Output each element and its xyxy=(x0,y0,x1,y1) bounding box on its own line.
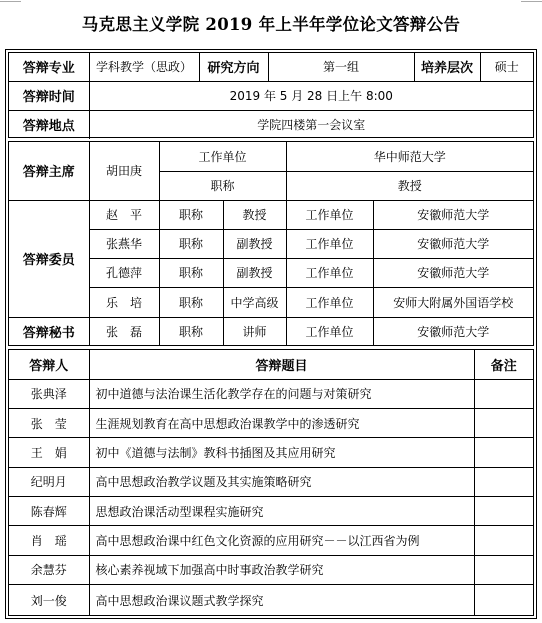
secretary-title-label: 职称 xyxy=(159,317,223,346)
candidate-name: 陈春辉 xyxy=(9,497,89,526)
defense-row: 张 莹 生涯规划教育在高中思想政治课教学中的渗透研究 xyxy=(9,409,533,438)
member-name: 张燕华 xyxy=(89,229,159,258)
note xyxy=(474,585,533,615)
direction-label: 研究方向 xyxy=(199,53,268,81)
note xyxy=(474,438,533,467)
secretary-row: 答辩秘书 张 磊 职称 讲师 工作单位 安徽师范大学 xyxy=(9,317,533,346)
note xyxy=(474,467,533,496)
member-row: 答辩委员 赵 平 职称 教授 工作单位 安徽师范大学 xyxy=(9,200,533,229)
note xyxy=(474,555,533,584)
chair-label: 答辩主席 xyxy=(9,142,89,200)
members-label: 答辩委员 xyxy=(9,200,89,317)
thesis-topic: 核心素养视域下加强高中时事政治教学研究 xyxy=(89,555,474,584)
major-row: 答辩专业 学科教学（思政） 研究方向 第一组 培养层次 硕士 xyxy=(9,53,533,81)
defense-row: 余慧芬 核心素养视域下加强高中时事政治教学研究 xyxy=(9,555,533,584)
place-row: 答辩地点 学院四楼第一会议室 xyxy=(9,110,533,139)
thesis-topic: 生涯规划教育在高中思想政治课教学中的渗透研究 xyxy=(89,409,474,438)
info-section: 答辩专业 学科教学（思政） 研究方向 第一组 培养层次 硕士 答辩时间 2019… xyxy=(8,52,534,138)
secretary-name: 张 磊 xyxy=(89,317,159,346)
member-unit: 安徽师范大学 xyxy=(373,229,533,258)
candidate-name: 张 莹 xyxy=(9,409,89,438)
defense-row: 陈春辉 思想政治课活动型课程实施研究 xyxy=(9,497,533,526)
thesis-topic: 思想政治课活动型课程实施研究 xyxy=(89,497,474,526)
place-value: 学院四楼第一会议室 xyxy=(89,110,533,139)
defense-row: 王 娟 初中《道德与法制》教科书插图及其应用研究 xyxy=(9,438,533,467)
member-title: 教授 xyxy=(223,200,286,229)
secretary-label: 答辩秘书 xyxy=(9,317,89,346)
member-name: 赵 平 xyxy=(89,200,159,229)
candidate-name: 刘一俊 xyxy=(9,585,89,615)
thesis-topic: 高中思想政治课中红色文化资源的应用研究－－以江西省为例 xyxy=(89,526,474,555)
direction-value: 第一组 xyxy=(268,53,414,81)
header-topic: 答辩题目 xyxy=(89,350,474,379)
chair-title-label: 职称 xyxy=(159,171,286,200)
level-label: 培养层次 xyxy=(414,53,480,81)
defense-row: 纪明月 高中思想政治教学议题及其实施策略研究 xyxy=(9,467,533,496)
member-title-label: 职称 xyxy=(159,258,223,287)
note xyxy=(474,409,533,438)
secretary-unit: 安徽师范大学 xyxy=(373,317,533,346)
thesis-topic: 高中思想政治教学议题及其实施策略研究 xyxy=(89,467,474,496)
member-title-label: 职称 xyxy=(159,229,223,258)
time-label: 答辩时间 xyxy=(9,81,89,110)
secretary-unit-label: 工作单位 xyxy=(286,317,373,346)
page-edge-mark xyxy=(521,1,542,2)
member-unit-label: 工作单位 xyxy=(286,229,373,258)
member-unit: 安徽师范大学 xyxy=(373,258,533,287)
candidate-name: 肖 瑶 xyxy=(9,526,89,555)
note xyxy=(474,379,533,408)
candidate-name: 张典泽 xyxy=(9,379,89,408)
document-title: 马克思主义学院 2019 年上半年学位论文答辩公告 xyxy=(0,11,542,35)
member-unit: 安师大附属外国语学校 xyxy=(373,287,533,317)
header-candidate: 答辩人 xyxy=(9,350,89,379)
chair-title: 教授 xyxy=(286,171,533,200)
member-title-label: 职称 xyxy=(159,287,223,317)
chair-unit-label: 工作单位 xyxy=(159,142,286,171)
defense-row: 张典泽 初中道德与法治课生活化教学存在的问题与对策研究 xyxy=(9,379,533,408)
thesis-topic: 高中思想政治课议题式教学探究 xyxy=(89,585,474,615)
defense-row: 刘一俊 高中思想政治课议题式教学探究 xyxy=(9,585,533,615)
committee-section: 答辩主席 胡田庚 工作单位 华中师范大学 职称 教授 答辩委员 赵 平 职称 教… xyxy=(8,141,534,346)
place-label: 答辩地点 xyxy=(9,110,89,139)
member-name: 乐 培 xyxy=(89,287,159,317)
member-name: 孔德萍 xyxy=(89,258,159,287)
time-row: 答辩时间 2019 年 5 月 28 日上午 8:00 xyxy=(9,81,533,110)
header-note: 备注 xyxy=(474,350,533,379)
defense-header-row: 答辩人 答辩题目 备注 xyxy=(9,350,533,379)
defense-section: 答辩人 答辩题目 备注 张典泽 初中道德与法治课生活化教学存在的问题与对策研究 … xyxy=(8,349,534,616)
page-edge-mark xyxy=(0,1,21,2)
time-value: 2019 年 5 月 28 日上午 8:00 xyxy=(89,81,533,110)
candidate-name: 王 娟 xyxy=(9,438,89,467)
level-value: 硕士 xyxy=(480,53,533,81)
thesis-topic: 初中《道德与法制》教科书插图及其应用研究 xyxy=(89,438,474,467)
thesis-topic: 初中道德与法治课生活化教学存在的问题与对策研究 xyxy=(89,379,474,408)
chair-unit: 华中师范大学 xyxy=(286,142,533,171)
note xyxy=(474,526,533,555)
candidate-name: 余慧芬 xyxy=(9,555,89,584)
member-unit: 安徽师范大学 xyxy=(373,200,533,229)
member-title: 副教授 xyxy=(223,258,286,287)
note xyxy=(474,497,533,526)
major-value: 学科教学（思政） xyxy=(89,53,199,81)
member-title: 中学高级 xyxy=(223,287,286,317)
member-title-label: 职称 xyxy=(159,200,223,229)
secretary-title: 讲师 xyxy=(223,317,286,346)
member-unit-label: 工作单位 xyxy=(286,200,373,229)
defense-row: 肖 瑶 高中思想政治课中红色文化资源的应用研究－－以江西省为例 xyxy=(9,526,533,555)
major-label: 答辩专业 xyxy=(9,53,89,81)
candidate-name: 纪明月 xyxy=(9,467,89,496)
chair-row: 答辩主席 胡田庚 工作单位 华中师范大学 xyxy=(9,142,533,171)
member-unit-label: 工作单位 xyxy=(286,258,373,287)
member-unit-label: 工作单位 xyxy=(286,287,373,317)
member-title: 副教授 xyxy=(223,229,286,258)
chair-name: 胡田庚 xyxy=(89,142,159,200)
